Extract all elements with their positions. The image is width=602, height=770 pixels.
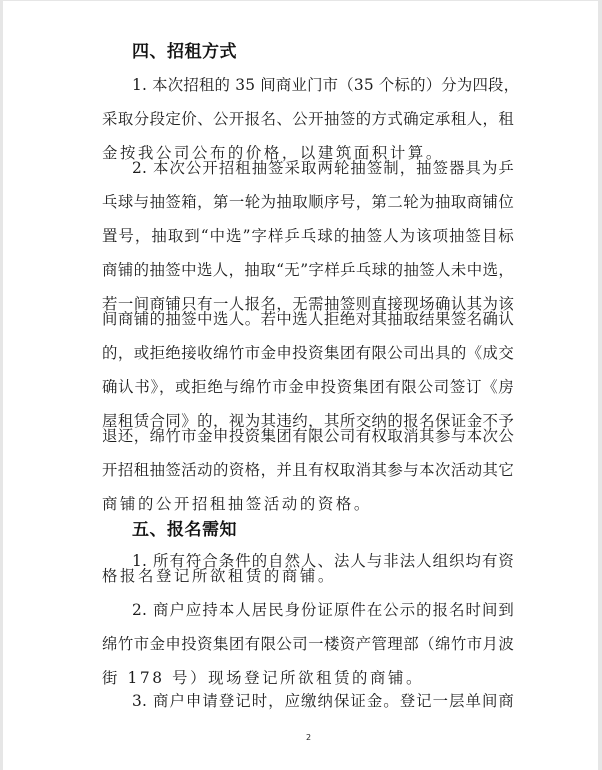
paragraph-line: 置号，抽取到“中选”字样乒乓球的抽签人为该项抽签目标 bbox=[102, 224, 514, 246]
paragraph-line: 采取分段定价、公开报名、公开抽签的方式确定承租人，租 bbox=[102, 107, 514, 129]
document-page: 四、招租方式 1. 本次招租的 35 间商业门市（35 个标的）分为四段， 采取… bbox=[3, 1, 598, 770]
paragraph-line: 格报名登记所欲租赁的商铺。 bbox=[102, 564, 514, 586]
paragraph-line: 3. 商户申请登记时，应缴纳保证金。登记一层单间商 bbox=[132, 689, 514, 711]
paragraph-line: 退还，绵竹市金申投资集团有限公司有权取消其参与本次公 bbox=[102, 424, 514, 446]
paragraph-line: 确认书》，或拒绝与绵竹市金申投资集团有限公司签订《房 bbox=[102, 375, 514, 397]
paragraph-line: 乓球与抽签箱，第一轮为抽取顺序号，第二轮为抽取商铺位 bbox=[102, 190, 514, 212]
paragraph-line: 2. 商户应持本人居民身份证原件在公示的报名时间到 bbox=[132, 598, 514, 620]
paragraph-line: 间商铺的抽签中选人。若中选人拒绝对其抽取结果签名确认 bbox=[102, 307, 514, 329]
paragraph-line: 开招租抽签活动的资格，并且有权取消其参与本次活动其它 bbox=[102, 458, 514, 480]
paragraph-line: 商铺的公开招租抽签活动的资格。 bbox=[102, 492, 514, 514]
section-heading-rental-method: 四、招租方式 bbox=[132, 37, 237, 62]
paragraph-line: 街 178 号）现场登记所欲租赁的商铺。 bbox=[102, 666, 514, 688]
section-heading-registration-notice: 五、报名需知 bbox=[132, 515, 237, 540]
paragraph-line: 2. 本次公开招租抽签采取两轮抽签制，抽签器具为乒 bbox=[132, 156, 514, 178]
paragraph-line: 的，或拒绝接收绵竹市金申投资集团有限公司出具的《成交 bbox=[102, 341, 514, 363]
paragraph-line: 商铺的抽签中选人，抽取“无”字样乒乓球的抽签人未中选， bbox=[102, 258, 514, 280]
paragraph-line: 绵竹市金申投资集团有限公司一楼资产管理部（绵竹市月波 bbox=[102, 632, 514, 654]
page-number: 2 bbox=[306, 733, 311, 742]
paragraph-line: 1. 本次招租的 35 间商业门市（35 个标的）分为四段， bbox=[132, 73, 514, 95]
